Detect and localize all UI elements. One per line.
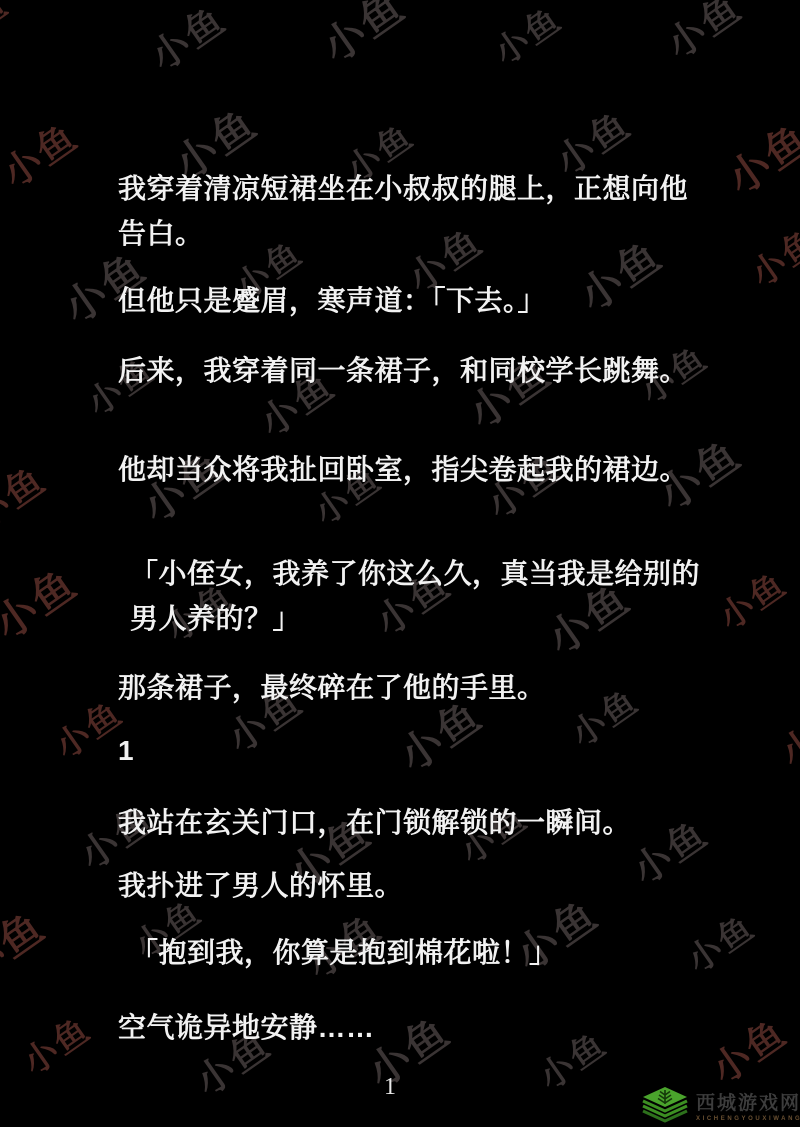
site-logo: 西城游戏网 XICHENGYOUXIWANG <box>639 1086 800 1124</box>
paragraph: 空气诡异地安静…… <box>118 1005 703 1050</box>
paragraph-line: 「小侄女，我养了你这么久，真当我是给别的 <box>130 551 715 596</box>
paragraph: 那条裙子，最终碎在了他的手里。 <box>118 665 703 710</box>
paragraph-line: 那条裙子，最终碎在了他的手里。 <box>118 665 703 710</box>
novel-text: 我穿着清凉短裙坐在小叔叔的腿上，正想向他告白。但他只是蹙眉，寒声道：「下去。」后… <box>0 0 800 1127</box>
paragraph: 「抱到我，你算是抱到棉花啦！」 <box>118 930 715 975</box>
paragraph: 「小侄女，我养了你这么久，真当我是给别的男人养的？」 <box>118 551 715 641</box>
paragraph: 我站在玄关门口，在门锁解锁的一瞬间。 <box>118 800 703 845</box>
paragraph: 但他只是蹙眉，寒声道：「下去。」 <box>118 278 703 323</box>
paragraph-line: 但他只是蹙眉，寒声道：「下去。」 <box>118 278 703 323</box>
paragraph-line: 1 <box>118 728 703 773</box>
paragraph-line: 我站在玄关门口，在门锁解锁的一瞬间。 <box>118 800 703 845</box>
site-name-latin: XICHENGYOUXIWANG <box>696 1116 800 1122</box>
novel-page: 小鱼小鱼小鱼小鱼小鱼小鱼小鱼小鱼小鱼小鱼小鱼小鱼小鱼小鱼小鱼小鱼小鱼小鱼小鱼小鱼… <box>0 0 800 1127</box>
layers-wheat-icon <box>639 1086 691 1124</box>
paragraph-line: 告白。 <box>118 211 703 256</box>
paragraph-line: 他却当众将我扯回卧室，指尖卷起我的裙边。 <box>118 447 703 492</box>
section-number: 1 <box>118 728 703 773</box>
paragraph-line: 我扑进了男人的怀里。 <box>118 863 703 908</box>
paragraph-line: 「抱到我，你算是抱到棉花啦！」 <box>130 930 715 975</box>
paragraph: 他却当众将我扯回卧室，指尖卷起我的裙边。 <box>118 447 703 492</box>
site-logo-text: 西城游戏网 XICHENGYOUXIWANG <box>696 1086 800 1122</box>
paragraph: 我扑进了男人的怀里。 <box>118 863 703 908</box>
paragraph: 后来，我穿着同一条裙子，和同校学长跳舞。 <box>118 348 703 393</box>
paragraph: 我穿着清凉短裙坐在小叔叔的腿上，正想向他告白。 <box>118 166 703 256</box>
paragraph-line: 后来，我穿着同一条裙子，和同校学长跳舞。 <box>118 348 703 393</box>
site-name: 西城游戏网 <box>696 1094 800 1114</box>
paragraph-line: 空气诡异地安静…… <box>118 1005 703 1050</box>
paragraph-line: 男人养的？」 <box>130 596 715 641</box>
paragraph-line: 我穿着清凉短裙坐在小叔叔的腿上，正想向他 <box>118 166 703 211</box>
